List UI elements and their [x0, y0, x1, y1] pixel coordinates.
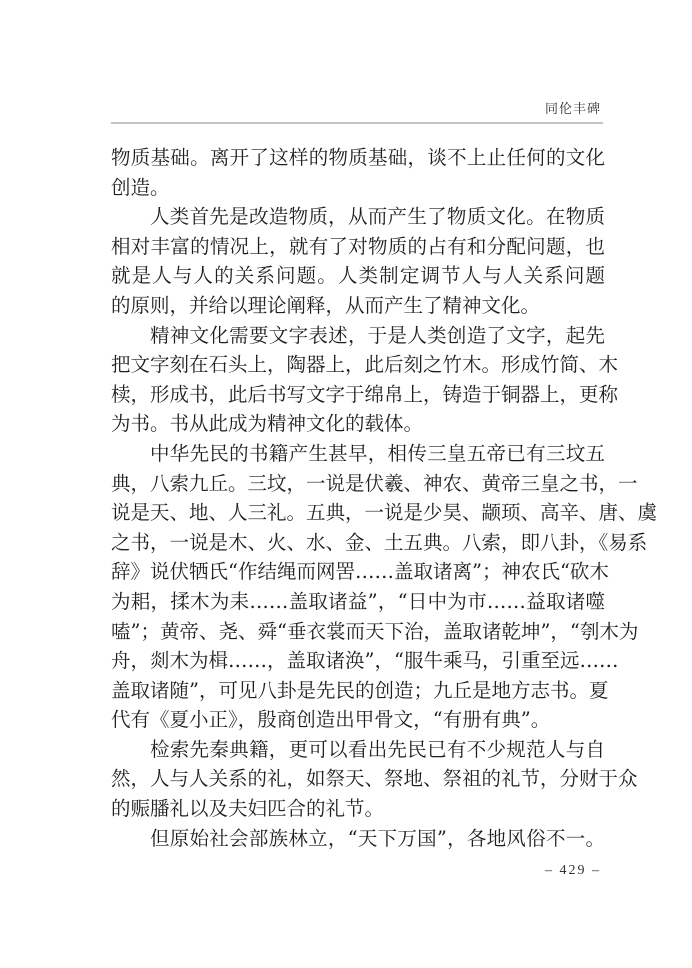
text-line: 嗑”；黄帝、尧、舜“垂衣裳而天下治，盖取诸乾坤”，“刳木为 [111, 617, 605, 647]
text-line: 盖取诸随”，可见八卦是先民的创造；九丘是地方志书。夏 [111, 676, 605, 706]
text-line: 椟，形成书，此后书写文字于绵帛上，铸造于铜器上，更称 [111, 380, 605, 410]
text-line: 的原则，并给以理论阐释，从而产生了精神文化。 [111, 291, 605, 321]
text-line: 为耜，揉木为耒……盖取诸益”，“日中为市……益取诸噬 [111, 587, 605, 617]
text-line: 就是人与人的关系问题。人类制定调节人与人关系问题 [111, 261, 605, 291]
text-line: 辞》说伏牺氏“作结绳而网罟……盖取诸离”；神农氏“砍木 [111, 557, 605, 587]
text-line: 为书。书从此成为精神文化的载体。 [111, 409, 605, 439]
text-line: 之书，一说是木、火、水、金、土五典。八索，即八卦，《易系 [111, 528, 605, 558]
text-line: 把文字刻在石头上，陶器上，此后刻之竹木。形成竹简、木 [111, 350, 605, 380]
text-line: 然，人与人关系的礼，如祭天、祭地、祭祖的礼节，分财于众 [111, 764, 605, 794]
text-line: 物质基础。离开了这样的物质基础，谈不上止任何的文化 [111, 143, 605, 173]
text-line: 说是天、地、人三礼。五典，一说是少昊、颛顼、高辛、唐、虞 [111, 498, 605, 528]
text-line: 代有《夏小正》，殷商创造出甲骨文，“有册有典”。 [111, 705, 605, 735]
running-title: 同伦丰碑 [545, 98, 601, 117]
text-line: 检索先秦典籍，更可以看出先民已有不少规范人与自 [111, 735, 605, 765]
text-line: 舟，剡木为楫……，盖取诸涣”，“服牛乘马，引重至远…… [111, 646, 605, 676]
text-line: 典，八索九丘。三坟，一说是伏羲、神农、黄帝三皇之书，一 [111, 469, 605, 499]
text-line: 中华先民的书籍产生甚早，相传三皇五帝已有三坟五 [111, 439, 605, 469]
page-number: – 429 – [545, 863, 601, 879]
text-line: 创造。 [111, 173, 605, 203]
text-line: 但原始社会部族林立，“天下万国”，各地风俗不一。 [111, 824, 605, 854]
text-line: 的赈膰礼以及夫妇匹合的礼节。 [111, 794, 605, 824]
text-line: 相对丰富的情况上，就有了对物质的占有和分配问题，也 [111, 232, 605, 262]
body-text: 物质基础。离开了这样的物质基础，谈不上止任何的文化创造。人类首先是改造物质，从而… [111, 143, 605, 853]
text-line: 精神文化需要文字表述，于是人类创造了文字，起先 [111, 321, 605, 351]
text-line: 人类首先是改造物质，从而产生了物质文化。在物质 [111, 202, 605, 232]
running-head: 同伦丰碑 [111, 96, 603, 124]
